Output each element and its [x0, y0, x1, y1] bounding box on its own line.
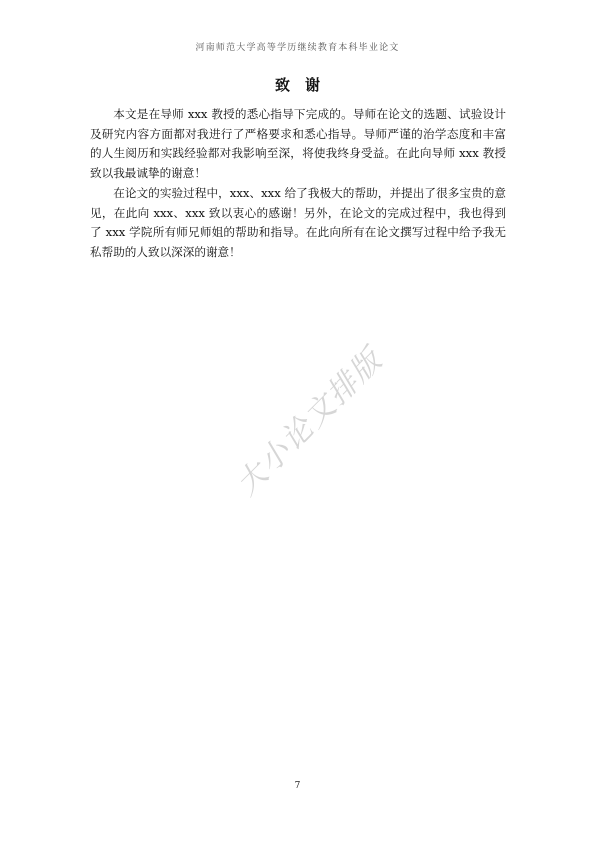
title-char-2: 谢	[305, 76, 320, 94]
title-char-1: 致	[275, 76, 290, 94]
document-page: 河南师范大学高等学历继续教育本科毕业论文 致谢 本文是在导师 xxx 教授的悉心…	[0, 0, 595, 842]
paragraph-2: 在论文的实验过程中，xxx、xxx 给了我极大的帮助，并提出了很多宝贵的意见，在…	[90, 184, 506, 263]
page-number: 7	[0, 780, 595, 792]
watermark: 大小论文排版	[224, 331, 397, 504]
page-title: 致谢	[0, 76, 595, 94]
running-header: 河南师范大学高等学历继续教育本科毕业论文	[0, 42, 595, 54]
paragraph-1: 本文是在导师 xxx 教授的悉心指导下完成的。导师在论文的选题、试验设计及研究内…	[90, 105, 506, 184]
acknowledgement-body: 本文是在导师 xxx 教授的悉心指导下完成的。导师在论文的选题、试验设计及研究内…	[90, 105, 506, 263]
